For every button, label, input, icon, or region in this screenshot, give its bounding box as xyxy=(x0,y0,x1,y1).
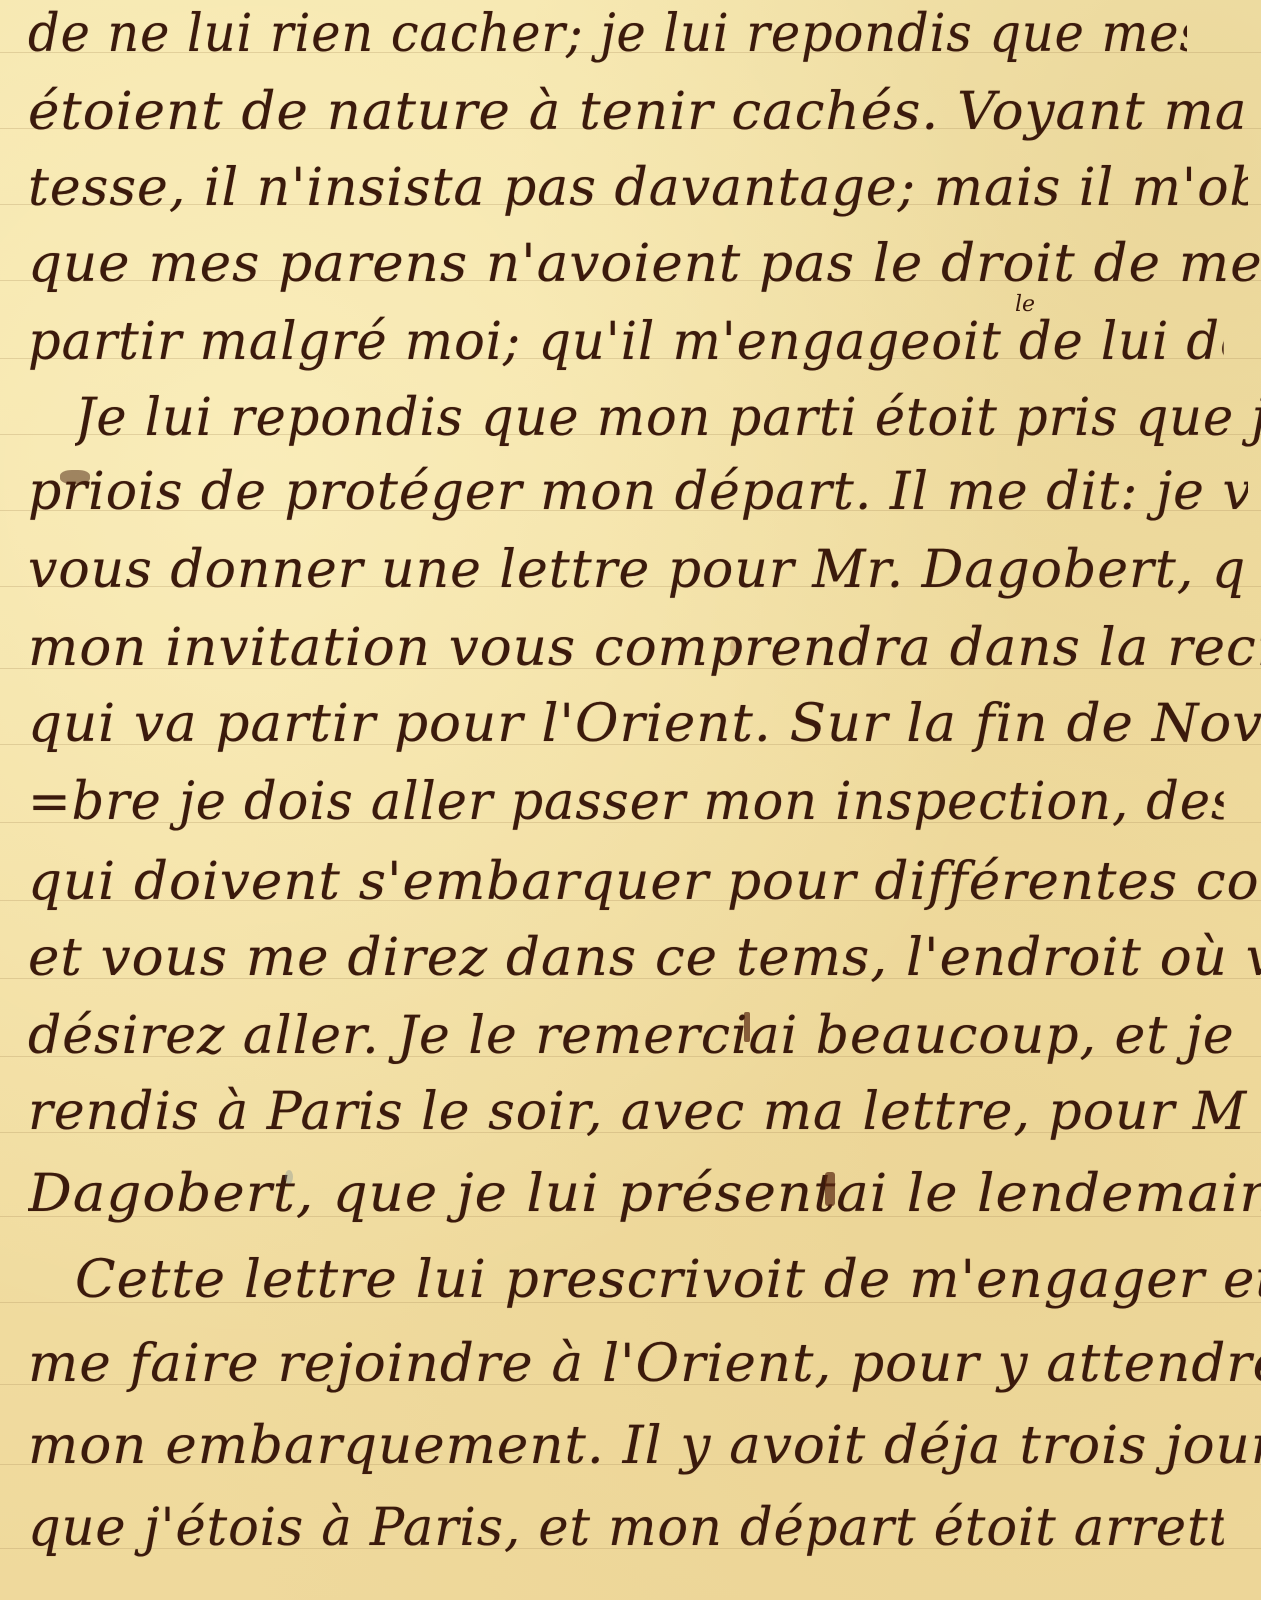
manuscript-line-19: mon embarquement. Il y avoit déja trois … xyxy=(28,1416,1261,1476)
manuscript-line-7: priois de protéger mon départ. Il me dit… xyxy=(28,462,1248,522)
manuscript-line-15: rendis à Paris le soir, avec ma lettre, … xyxy=(28,1082,1248,1142)
manuscript-line-17: Cette lettre lui prescrivoit de m'engage… xyxy=(75,1250,1261,1310)
manuscript-page: de ne lui rien cacher; je lui repondis q… xyxy=(0,0,1261,1600)
manuscript-line-13: et vous me direz dans ce tems, l'endroit… xyxy=(28,928,1261,988)
manuscript-line-6: Je lui repondis que mon parti étoit pris… xyxy=(75,388,1261,448)
ink-blot xyxy=(744,1012,750,1042)
manuscript-line-11: =bre je dois aller passer mon inspection… xyxy=(28,772,1224,832)
manuscript-line-1: de ne lui rien cacher; je lui repondis q… xyxy=(28,4,1187,64)
manuscript-line-10: qui va partir pour l'Orient. Sur la fin … xyxy=(28,694,1261,754)
manuscript-line-14: désirez aller. Je le remerciai beaucoup,… xyxy=(28,1006,1248,1066)
superscript-annotation: le xyxy=(1015,292,1035,317)
manuscript-line-9: mon invitation vous comprendra dans la r… xyxy=(28,618,1261,678)
manuscript-line-18: me faire rejoindre à l'Orient, pour y at… xyxy=(28,1334,1261,1394)
manuscript-line-16: Dagobert, que je lui présentai le lendem… xyxy=(28,1164,1261,1224)
manuscript-line-3: tesse, il n'insista pas davantage; mais … xyxy=(28,158,1248,218)
manuscript-line-2: étoient de nature à tenir cachés. Voyant… xyxy=(28,82,1261,142)
manuscript-line-12: qui doivent s'embarquer pour différentes… xyxy=(28,852,1261,912)
ink-blot xyxy=(60,470,90,484)
manuscript-line-5: partir malgré moi; qu'il m'engageoit de … xyxy=(28,312,1224,372)
paper-stain xyxy=(285,1170,293,1184)
ink-blot xyxy=(825,1172,835,1206)
manuscript-line-8: vous donner une lettre pour Mr. Dagobert… xyxy=(28,540,1248,600)
paper-stain xyxy=(730,640,736,656)
manuscript-line-20: que j'étois à Paris, et mon départ étoit… xyxy=(28,1498,1224,1558)
manuscript-line-4: que mes parens n'avoient pas le droit de… xyxy=(28,234,1261,294)
